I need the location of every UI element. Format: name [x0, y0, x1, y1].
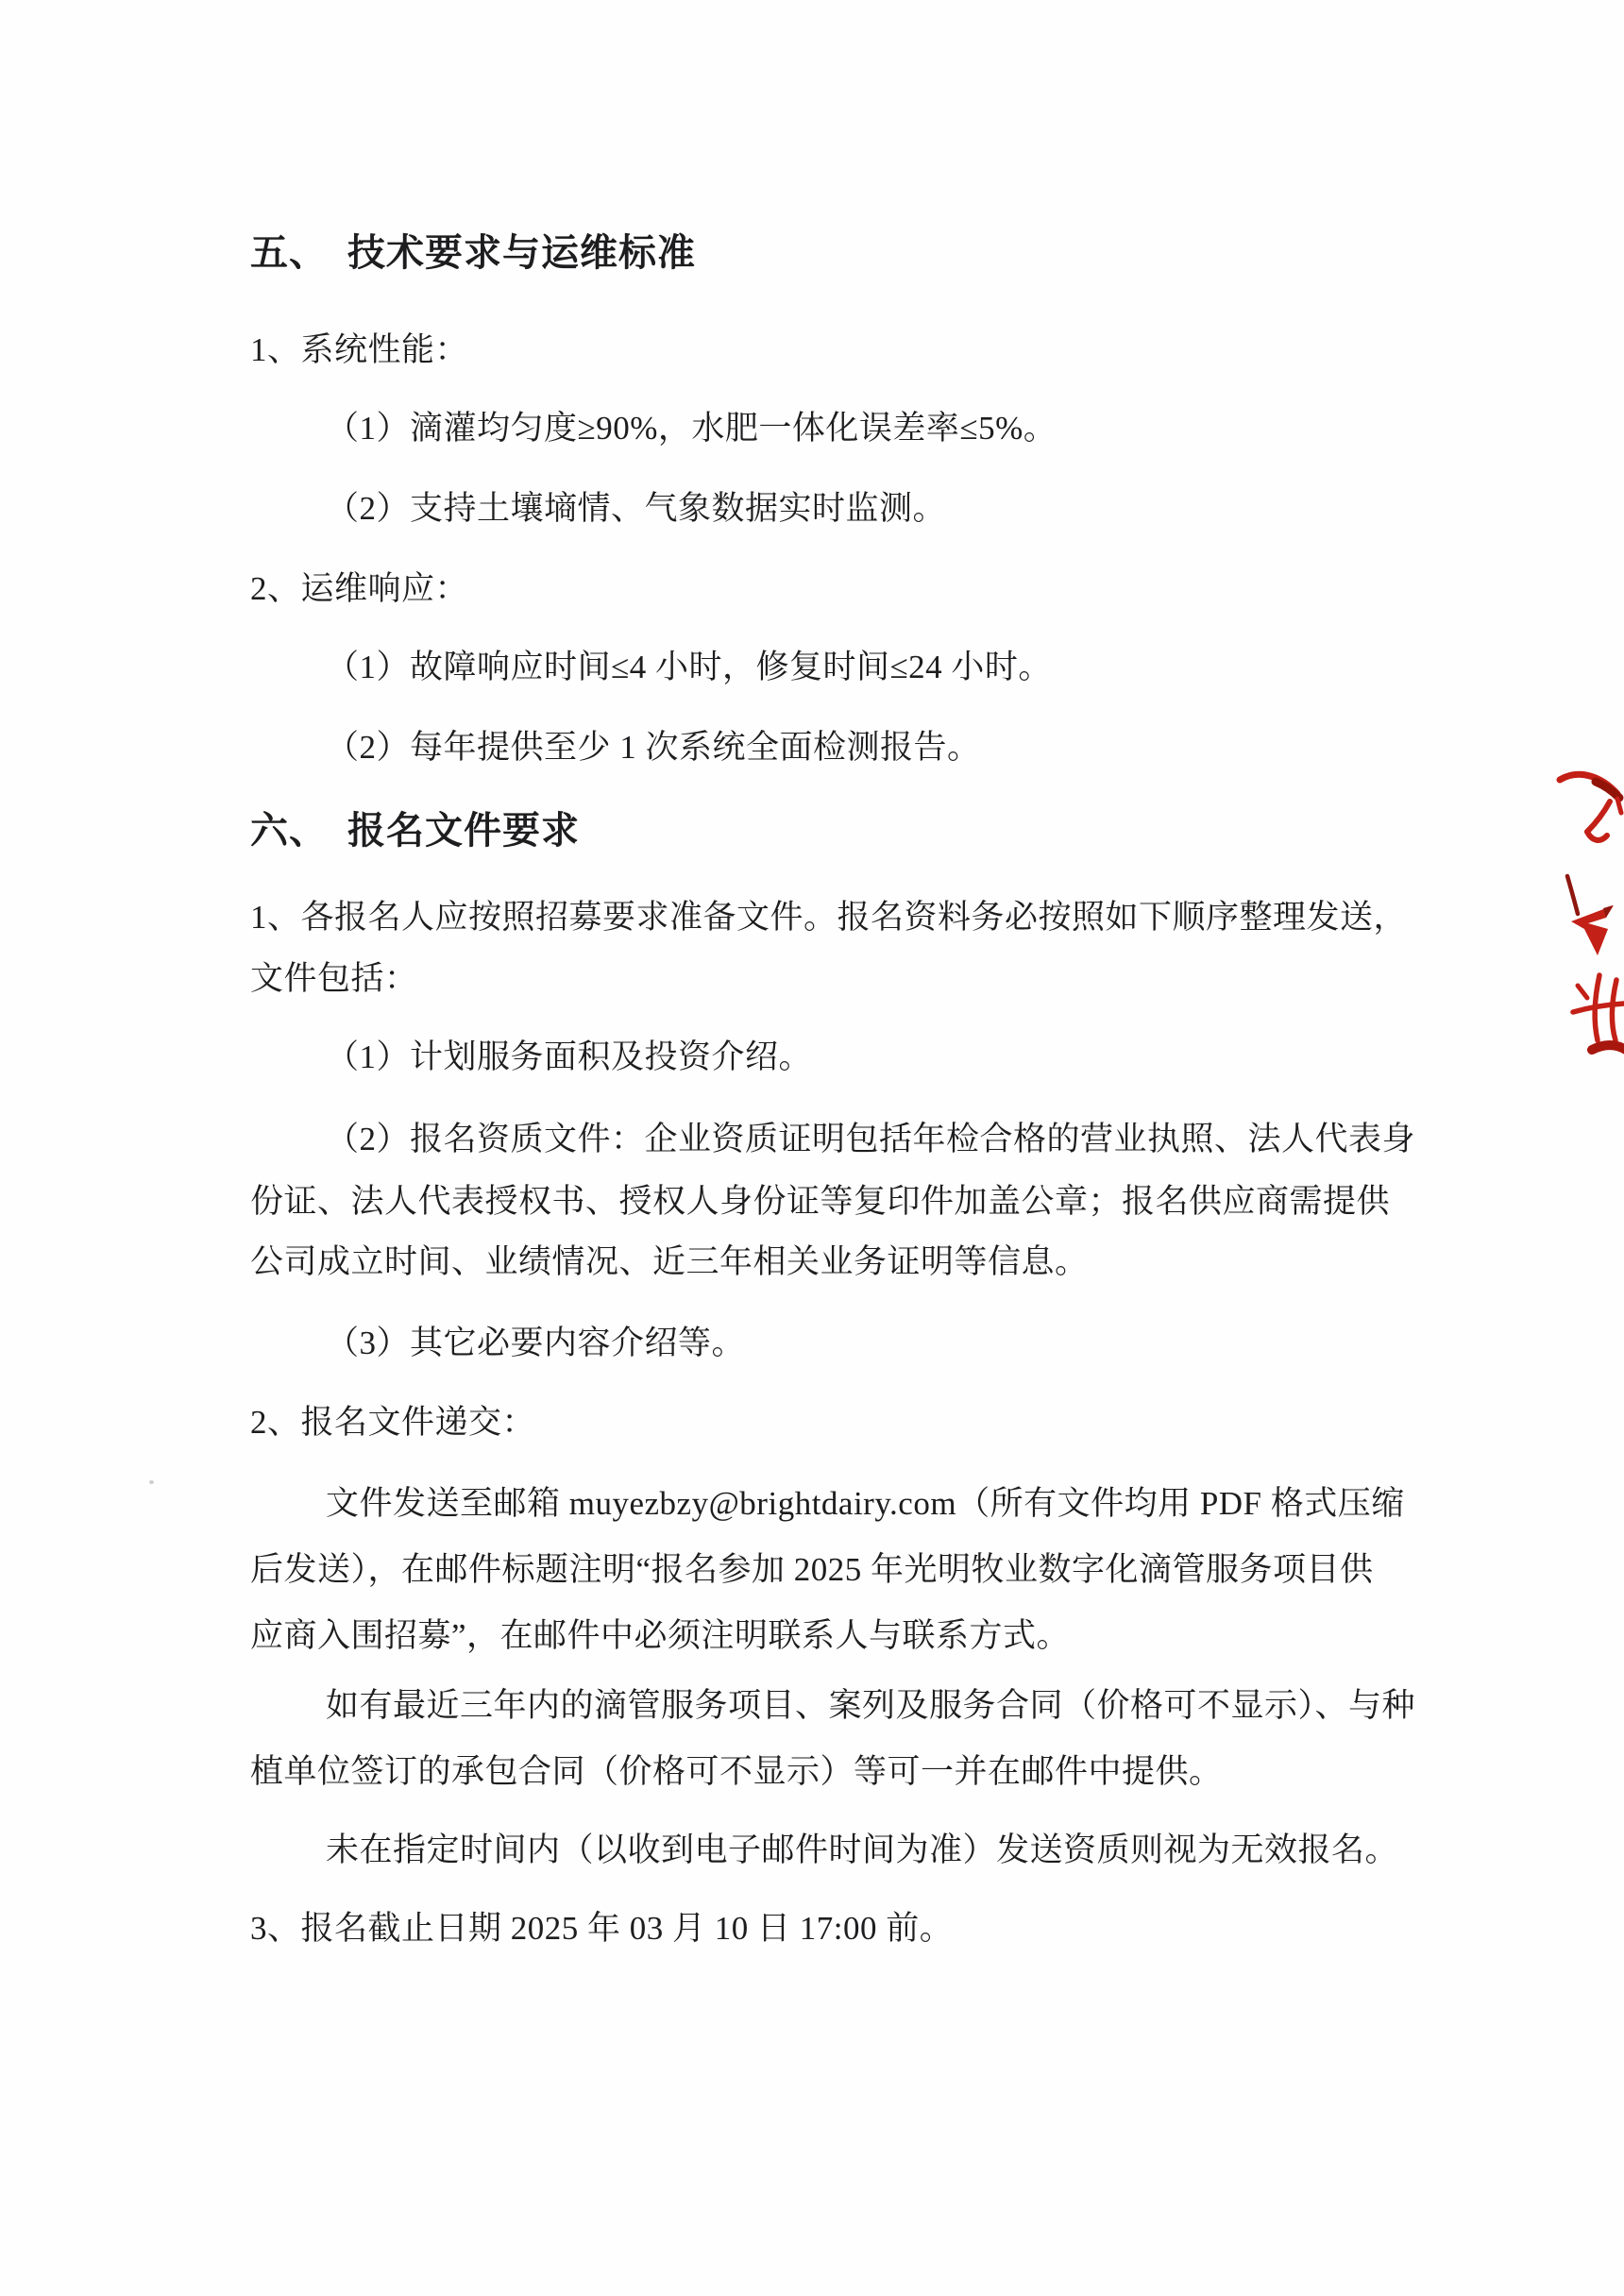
section-heading: 六、 报名文件要求	[250, 808, 580, 853]
text-line: 文件发送至邮箱 muyezbzy@brightdairy.com（所有文件均用 …	[326, 1484, 1405, 1524]
text-line: （2）报名资质文件：企业资质证明包括年检合格的营业执照、法人代表身	[326, 1120, 1415, 1159]
document-page: 五、 技术要求与运维标准1、系统性能：（1）滴灌均匀度≥90%，水肥一体化误差率…	[0, 0, 1624, 2296]
text-line: 应商入围招募”，在邮件中必须注明联系人与联系方式。	[250, 1616, 1070, 1656]
text-line: （1）滴灌均匀度≥90%，水肥一体化误差率≤5%。	[326, 409, 1057, 448]
text-line: （2）每年提供至少 1 次系统全面检测报告。	[326, 728, 981, 768]
text-line: 后发送），在邮件标题注明“报名参加 2025 年光明牧业数字化滴管服务项目供	[250, 1550, 1374, 1590]
text-line: （1）故障响应时间≤4 小时，修复时间≤24 小时。	[326, 648, 1052, 687]
text-line: 植单位签订的承包合同（价格可不显示）等可一并在邮件中提供。	[250, 1752, 1223, 1792]
text-line: 文件包括：	[250, 959, 418, 999]
text-line: 未在指定时间内（以收到电子邮件时间为准）发送资质则视为无效报名。	[326, 1831, 1398, 1870]
text-line: 份证、法人代表授权书、授权人身份证等复印件加盖公章；报名供应商需提供	[250, 1182, 1390, 1222]
text-line: 2、运维响应：	[250, 569, 468, 609]
text-line: （3）其它必要内容介绍等。	[326, 1324, 745, 1363]
section-heading: 五、 技术要求与运维标准	[250, 230, 696, 276]
text-line: 如有最近三年内的滴管服务项目、案列及服务合同（价格可不显示）、与种	[326, 1686, 1415, 1726]
scan-speck	[149, 1480, 154, 1484]
text-line: 3、报名截止日期 2025 年 03 月 10 日 17:00 前。	[250, 1909, 953, 1949]
text-line: （2）支持土壤墒情、气象数据实时监测。	[326, 489, 946, 529]
text-line: （1）计划服务面积及投资介绍。	[326, 1038, 812, 1077]
text-line: 1、系统性能：	[250, 330, 468, 370]
text-line: 公司成立时间、业绩情况、近三年相关业务证明等信息。	[250, 1242, 1089, 1282]
text-line: 1、各报名人应按照招募要求准备文件。报名资料务必按照如下顺序整理发送，	[250, 898, 1407, 937]
text-line: 2、报名文件递交：	[250, 1403, 535, 1443]
